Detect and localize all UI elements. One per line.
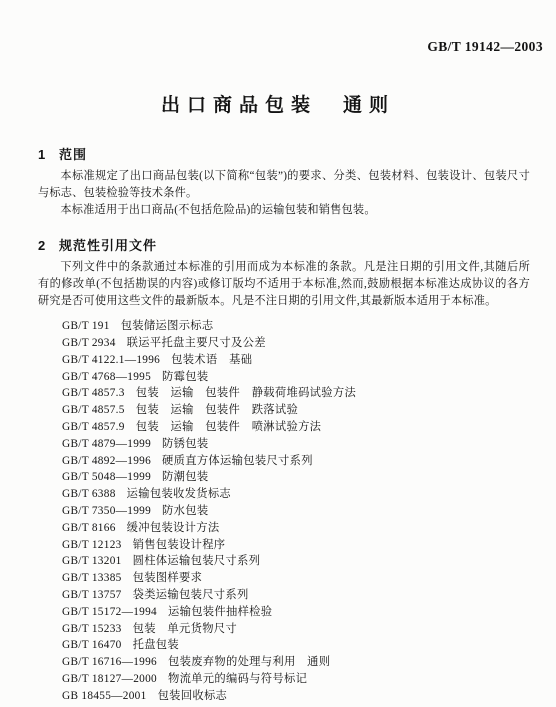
reference-title: 防霉包装	[162, 371, 208, 383]
reference-title: 袋类运输包装尺寸系列	[133, 589, 249, 601]
section-heading-scope: 1范围	[38, 147, 530, 162]
reference-title: 包装术语 基础	[171, 354, 252, 366]
reference-title: 联运平托盘主要尺寸及公差	[127, 337, 266, 349]
reference-title: 包装储运图示标志	[121, 320, 214, 332]
reference-title: 防水包装	[162, 505, 208, 517]
reference-item: GB/T 7350—1999防水包装	[62, 503, 530, 520]
document-body: 1范围 本标准规定了出口商品包装(以下简称“包装”)的要求、分类、包装材料、包装…	[38, 147, 530, 705]
reference-item: GB/T 4857.9包装 运输 包装件 喷淋试验方法	[62, 419, 530, 436]
reference-item: GB/T 15233包装 单元货物尺寸	[62, 621, 530, 638]
reference-item: GB/T 4879—1999防锈包装	[62, 436, 530, 453]
paragraph-scope-2: 本标准适用于出口商品(不包括危险品)的运输包装和销售包装。	[38, 202, 530, 219]
reference-code: GB/T 2934	[62, 337, 116, 349]
standard-number-header: GB/T 19142—2003	[427, 39, 543, 55]
reference-item: GB 18455—2001包装回收标志	[62, 688, 530, 705]
reference-code: GB/T 4768—1995	[62, 371, 151, 383]
reference-title: 防潮包装	[162, 471, 208, 483]
reference-code: GB/T 4879—1999	[62, 438, 151, 450]
reference-code: GB/T 7350—1999	[62, 505, 151, 517]
reference-title: 物流单元的编码与符号标记	[168, 673, 307, 685]
reference-code: GB/T 16470	[62, 639, 122, 651]
reference-code: GB/T 15172—1994	[62, 606, 157, 618]
reference-code: GB/T 4122.1—1996	[62, 354, 160, 366]
section-number: 2	[38, 238, 48, 253]
reference-title: 包装回收标志	[158, 690, 228, 702]
reference-code: GB/T 18127—2000	[62, 673, 157, 685]
reference-title: 防锈包装	[162, 438, 208, 450]
reference-code: GB/T 13385	[62, 572, 122, 584]
reference-item: GB/T 15172—1994运输包装件抽样检验	[62, 604, 530, 621]
reference-item: GB/T 13201圆柱体运输包装尺寸系列	[62, 553, 530, 570]
reference-item: GB/T 2934联运平托盘主要尺寸及公差	[62, 335, 530, 352]
reference-code: GB/T 16716—1996	[62, 656, 157, 668]
reference-title: 销售包装设计程序	[133, 539, 226, 551]
reference-item: GB/T 12123销售包装设计程序	[62, 537, 530, 554]
section-heading-normative-references: 2规范性引用文件	[38, 238, 530, 253]
reference-item: GB/T 4857.3包装 运输 包装件 静载荷堆码试验方法	[62, 385, 530, 402]
reference-code: GB/T 4892—1996	[62, 455, 151, 467]
reference-item: GB/T 13757袋类运输包装尺寸系列	[62, 587, 530, 604]
standard-document-page: GB/T 19142—2003 出口商品包装 通则 1范围 本标准规定了出口商品…	[0, 0, 556, 707]
reference-code: GB/T 15233	[62, 623, 122, 635]
reference-title: 托盘包装	[133, 639, 179, 651]
reference-title: 包装图样要求	[133, 572, 203, 584]
reference-title: 包装 运输 包装件 喷淋试验方法	[136, 421, 322, 433]
reference-item: GB/T 6388运输包装收发货标志	[62, 486, 530, 503]
paragraph-scope-1: 本标准规定了出口商品包装(以下简称“包装”)的要求、分类、包装材料、包装设计、包…	[38, 168, 530, 202]
reference-code: GB 18455—2001	[62, 690, 147, 702]
reference-code: GB/T 13757	[62, 589, 122, 601]
reference-code: GB/T 12123	[62, 539, 122, 551]
reference-code: GB/T 8166	[62, 522, 116, 534]
reference-title: 缓冲包装设计方法	[127, 522, 220, 534]
reference-code: GB/T 4857.5	[62, 404, 125, 416]
reference-item: GB/T 191包装储运图示标志	[62, 318, 530, 335]
reference-item: GB/T 18127—2000物流单元的编码与符号标记	[62, 671, 530, 688]
reference-item: GB/T 4122.1—1996包装术语 基础	[62, 352, 530, 369]
reference-title: 包装 运输 包装件 静载荷堆码试验方法	[136, 387, 356, 399]
reference-code: GB/T 5048—1999	[62, 471, 151, 483]
document-title: 出口商品包装 通则	[0, 90, 556, 117]
references-list: GB/T 191包装储运图示标志GB/T 2934联运平托盘主要尺寸及公差GB/…	[38, 318, 530, 704]
reference-item: GB/T 16716—1996包装废弃物的处理与利用 通则	[62, 654, 530, 671]
reference-title: 包装废弃物的处理与利用 通则	[168, 656, 330, 668]
reference-title: 包装 运输 包装件 跌落试验	[136, 404, 298, 416]
section-title: 范围	[59, 147, 87, 162]
reference-code: GB/T 13201	[62, 555, 122, 567]
reference-item: GB/T 5048—1999防潮包装	[62, 469, 530, 486]
reference-item: GB/T 4857.5包装 运输 包装件 跌落试验	[62, 402, 530, 419]
reference-code: GB/T 191	[62, 320, 110, 332]
reference-title: 运输包装件抽样检验	[168, 606, 272, 618]
section-number: 1	[38, 147, 48, 162]
reference-item: GB/T 8166缓冲包装设计方法	[62, 520, 530, 537]
reference-code: GB/T 6388	[62, 488, 116, 500]
reference-item: GB/T 13385包装图样要求	[62, 570, 530, 587]
reference-code: GB/T 4857.9	[62, 421, 125, 433]
reference-title: 包装 单元货物尺寸	[133, 623, 237, 635]
reference-code: GB/T 4857.3	[62, 387, 125, 399]
paragraph-normative-references-intro: 下列文件中的条款通过本标准的引用而成为本标准的条款。凡是注日期的引用文件,其随后…	[38, 259, 530, 311]
reference-title: 圆柱体运输包装尺寸系列	[133, 555, 261, 567]
reference-item: GB/T 4768—1995防霉包装	[62, 369, 530, 386]
reference-item: GB/T 16470托盘包装	[62, 637, 530, 654]
reference-title: 运输包装收发货标志	[127, 488, 231, 500]
section-title: 规范性引用文件	[59, 238, 157, 253]
reference-item: GB/T 4892—1996硬质直方体运输包装尺寸系列	[62, 453, 530, 470]
reference-title: 硬质直方体运输包装尺寸系列	[162, 455, 313, 467]
